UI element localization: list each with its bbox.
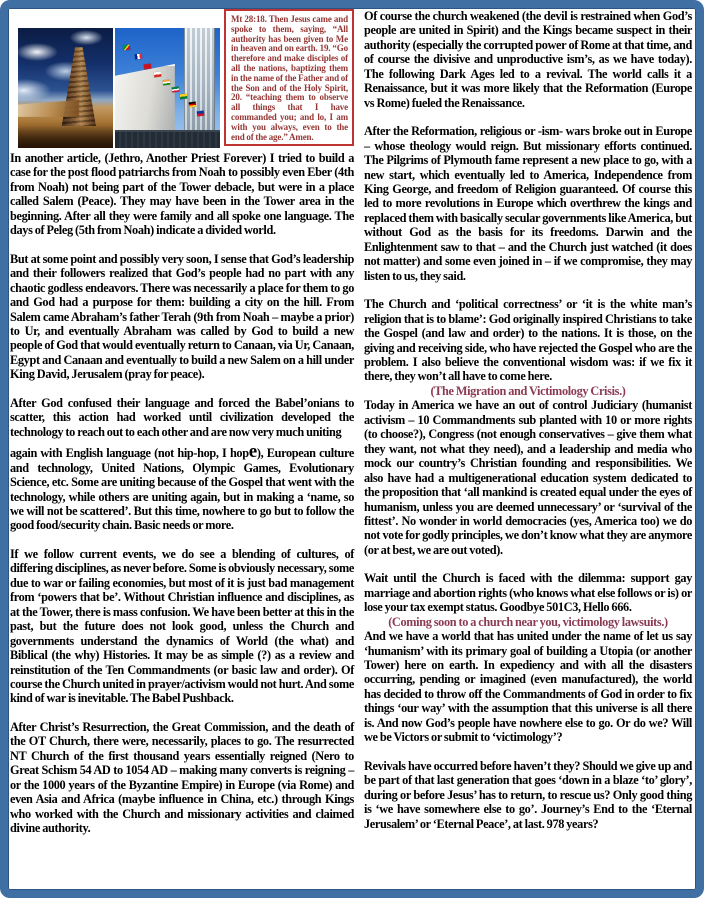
paragraph: Today in America we have an out of contr…	[364, 398, 692, 557]
paragraph: After the Reformation, religious or -ism…	[364, 124, 692, 283]
un-building-image	[115, 28, 220, 148]
flag-icon	[197, 110, 205, 116]
left-column: Mt 28:18. Then Jesus came and spoke to t…	[10, 9, 354, 886]
flag-icon	[180, 94, 188, 100]
paragraph: again with English language (not hip-hop…	[10, 446, 354, 533]
paragraph: In another article, (Jethro, Another Pri…	[10, 151, 354, 238]
article-page: Mt 28:18. Then Jesus came and spoke to t…	[0, 0, 704, 898]
babel-ground-shadow	[18, 126, 113, 148]
un-fence	[115, 130, 220, 148]
tower-of-babel-image	[18, 28, 113, 148]
migration-crisis-heading: (The Migration and Victimology Crisis.)	[364, 384, 692, 398]
media-row: Mt 28:18. Then Jesus came and spoke to t…	[18, 9, 354, 148]
oversized-e-glyph: e	[249, 441, 257, 462]
paragraph: Revivals have occurred before haven’t th…	[364, 759, 692, 831]
victimology-lawsuits-heading: (Coming soon to a church near you, victi…	[364, 615, 692, 629]
paragraph-text: again with English language (not hip-hop…	[10, 446, 249, 460]
right-column: Of course the church weakened (the devil…	[364, 9, 692, 886]
paragraph: Wait until the Church is faced with the …	[364, 571, 692, 614]
paragraph: And we have a world that has united unde…	[364, 629, 692, 745]
paragraph: If we follow current events, we do see a…	[10, 547, 354, 706]
paragraph: After God confused their language and fo…	[10, 396, 354, 439]
babel-ridge-shape	[18, 100, 79, 117]
flag-icon	[171, 86, 179, 92]
flag-icon	[123, 44, 131, 50]
flag-icon	[163, 79, 171, 85]
paragraph: The Church and ‘political correctness’ o…	[364, 297, 692, 384]
paragraph: After Christ’s Resurrection, the Great C…	[10, 720, 354, 836]
scripture-quote-box: Mt 28:18. Then Jesus came and spoke to t…	[224, 9, 354, 146]
paragraph: But at some point and possibly very soon…	[10, 252, 354, 382]
flag-icon	[135, 54, 143, 60]
flag-icon	[144, 64, 152, 70]
paragraph: Of course the church weakened (the devil…	[364, 9, 692, 110]
